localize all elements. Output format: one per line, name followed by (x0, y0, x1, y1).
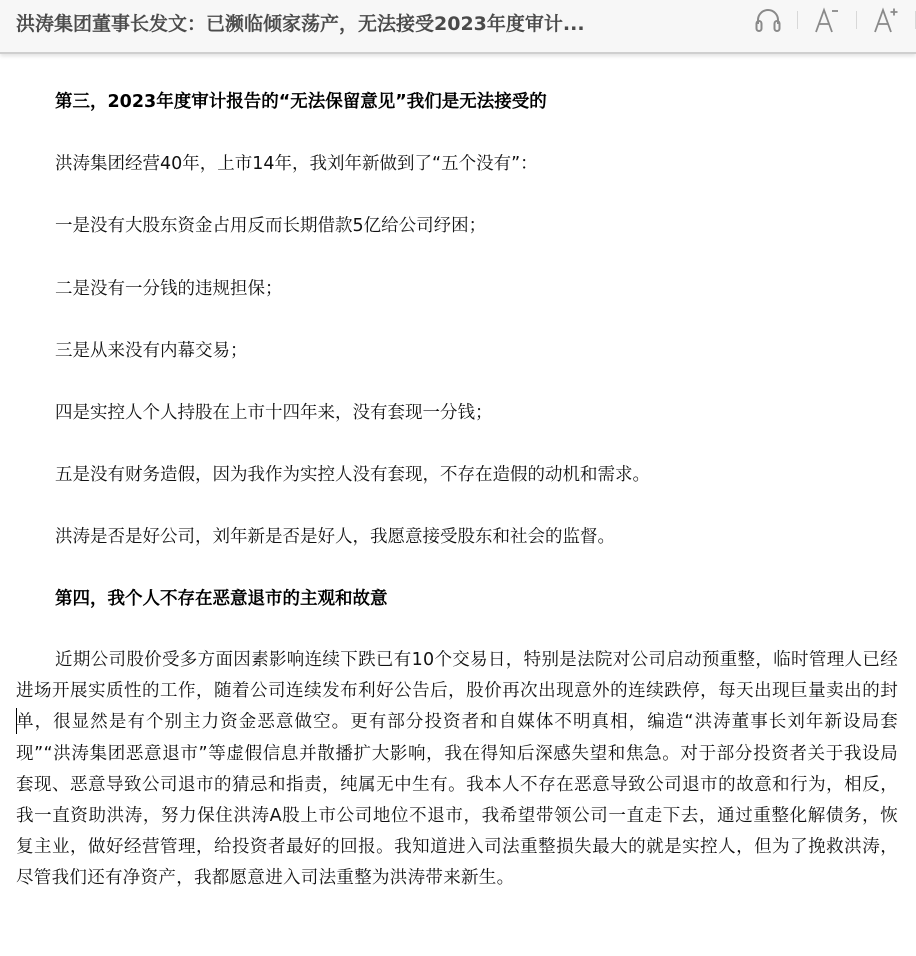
font-decrease-icon (814, 7, 840, 33)
reader-toolbar (739, 0, 916, 40)
font-increase-icon (873, 7, 899, 33)
section-four-paragraph: 近期公司股价受多方面因素影响连续下跌已有10个交易日，特别是法院对公司启动预重整… (16, 645, 898, 895)
list-item-point-3: 三是从来没有内幕交易； (55, 339, 248, 363)
list-item-point-4: 四是实控人个人持股在上市十四年来，没有套现一分钱； (55, 401, 493, 425)
section-heading-three: 第三，2023年度审计报告的“无法保留意见”我们是无法接受的 (55, 90, 547, 114)
list-item-point-1: 一是没有大股东资金占用反而长期借款5亿给公司纾困； (55, 214, 486, 238)
headphones-icon (754, 7, 782, 33)
article-header-bar: 洪涛集团董事长发文：已濒临倾家荡产，无法接受2023年度审计... (0, 0, 916, 54)
list-item-point-2: 二是没有一分钱的违规担保； (55, 277, 283, 301)
article-title: 洪涛集团董事长发文：已濒临倾家荡产，无法接受2023年度审计... (16, 9, 585, 36)
listen-button[interactable] (739, 0, 797, 40)
list-item-point-5: 五是没有财务造假，因为我作为实控人没有套现，不存在造假的动机和需求。 (55, 463, 650, 487)
text-cursor (16, 708, 17, 734)
increase-font-button[interactable] (857, 0, 915, 40)
paragraph-closing: 洪涛是否是好公司，刘年新是否是好人，我愿意接受股东和社会的监督。 (55, 525, 615, 549)
decrease-font-button[interactable] (798, 0, 856, 40)
section-heading-four: 第四，我个人不存在恶意退市的主观和故意 (55, 587, 388, 611)
paragraph-intro: 洪涛集团经营40年，上市14年，我刘年新做到了“五个没有”： (55, 152, 538, 176)
